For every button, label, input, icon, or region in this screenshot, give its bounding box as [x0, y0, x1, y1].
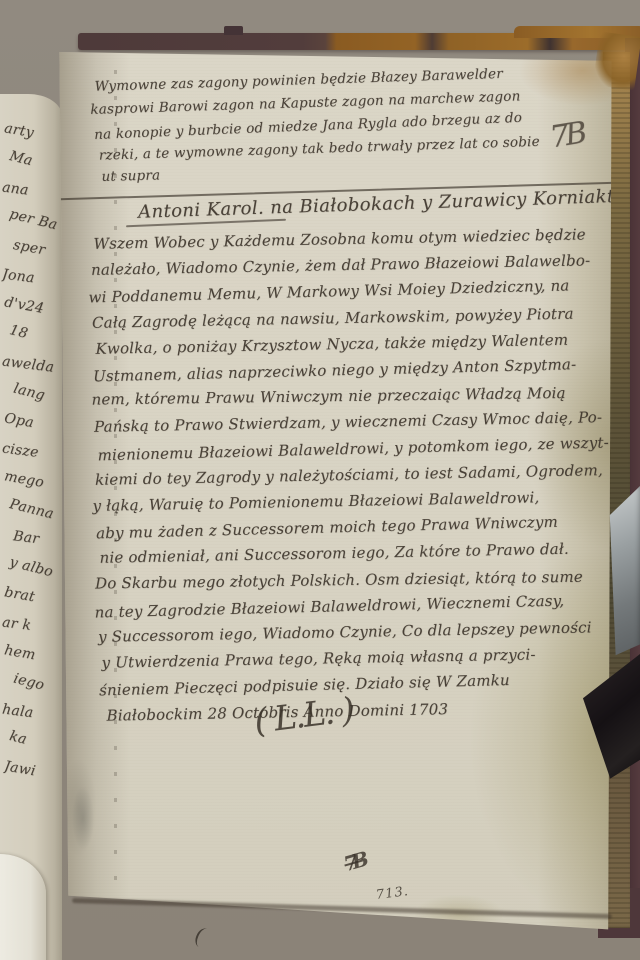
left-page-text-fragments: artyMaanaper BasperJonad'v2418aweldalang… — [2, 112, 60, 779]
document-heading: Antoni Karol. na Białobokach y Zurawicy … — [138, 186, 608, 223]
left-page-text-fragment: hem — [3, 642, 61, 667]
ink-smudge — [72, 786, 94, 850]
left-page-text-fragment: ana — [1, 180, 61, 203]
left-page-text-fragment: mego — [3, 468, 61, 493]
binding-tab — [224, 26, 243, 35]
left-page-text-fragment: Jawi — [3, 758, 61, 783]
scribal-monogram: 7B — [341, 848, 366, 876]
left-page-text-fragment: cisze — [1, 441, 61, 464]
manuscript-photo: artyMaanaper BasperJonad'v2418aweldalang… — [0, 0, 640, 960]
left-page-text-fragment: ar k — [1, 615, 61, 638]
margin-mark: 7B — [547, 116, 585, 156]
left-page-text-fragment: Ma — [8, 148, 61, 176]
left-page-text-fragment: iego — [12, 671, 61, 698]
body-paragraph: Wszem Wobec y Każdemu Zosobna komu otym … — [87, 221, 608, 729]
left-page-text-fragment: hala — [1, 702, 61, 725]
stray-fiber-mark — [193, 926, 214, 950]
left-page-text-fragment: lang — [12, 381, 61, 408]
opening-paragraph: Wymowne zas zagony powinien będzie Błaze… — [94, 60, 589, 190]
left-page-text-fragment: sper — [12, 237, 61, 261]
left-page-text-fragment: arty — [3, 120, 61, 145]
left-page-text-fragment: per Ba — [8, 206, 61, 234]
left-page-text-fragment: 18 — [8, 322, 61, 350]
book-top-edge — [78, 33, 640, 50]
page-number: 713. — [375, 884, 410, 903]
left-page-text-fragment: Panna — [8, 496, 61, 524]
left-page-text-fragment: Opa — [3, 410, 61, 435]
left-page-text-fragment: Jona — [1, 267, 61, 290]
frayed-page-corner — [592, 31, 640, 90]
manuscript-page: Wymowne zas zagony powinien będzie Błaze… — [56, 44, 616, 932]
left-page-text-fragment: Bar — [12, 528, 61, 550]
left-page-text-fragment: awelda — [1, 354, 61, 377]
left-page-edge: artyMaanaper BasperJonad'v2418aweldalang… — [0, 94, 62, 960]
left-page-text-fragment: d'v24 — [3, 294, 61, 319]
left-page-text-fragment: y albo — [8, 554, 61, 582]
left-page-text-fragment: ka — [8, 728, 61, 756]
left-page-text-fragment: brat — [3, 584, 61, 609]
